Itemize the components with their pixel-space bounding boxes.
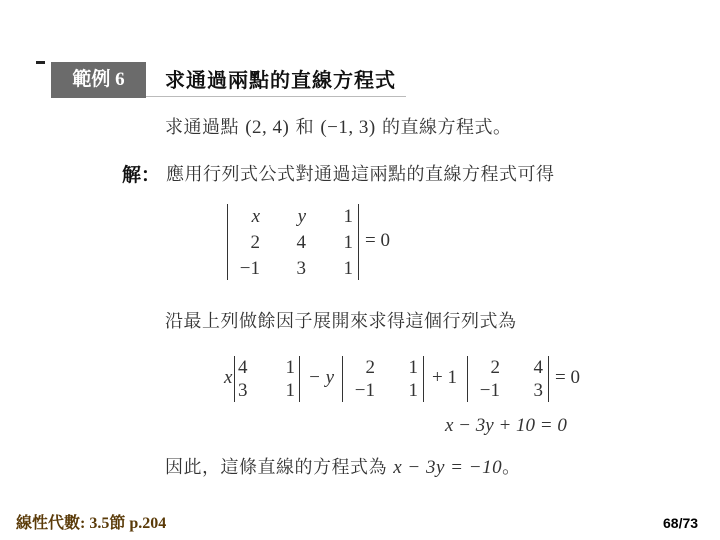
det-cell: 4 [523, 356, 543, 379]
page-number: 68/73 [663, 515, 698, 531]
point-1: (2, 4) [245, 117, 289, 138]
op-text: − y [308, 367, 334, 388]
det-cell: 3 [523, 379, 543, 402]
result-equation: x − 3y + 10 = 0 [445, 415, 567, 437]
det-cell: 1 [398, 379, 418, 402]
det-cell: 1 [323, 256, 353, 282]
det-cell: 1 [323, 230, 353, 256]
det-cell: −1 [345, 379, 375, 402]
det-cell: 4 [238, 356, 250, 379]
example-title: 求通過兩點的直線方程式 [165, 64, 396, 93]
det-cell: y [276, 204, 306, 230]
problem-conj: 和 [289, 117, 320, 138]
det-cell: 1 [275, 379, 295, 402]
coef-x: x [224, 367, 232, 389]
title-underline [146, 96, 406, 97]
det-cell: 2 [230, 230, 260, 256]
conclusion-text: 因此，這條直線的方程式為 [165, 457, 393, 478]
minus-y: − y [308, 367, 334, 389]
minor-1: 4 1 3 1 [234, 356, 300, 402]
det-cell: x [230, 204, 260, 230]
expansion-equals: = 0 [555, 367, 580, 389]
det-cell: 1 [398, 356, 418, 379]
det-cell: 4 [276, 230, 306, 256]
source-reference: 線性代數: 3.5節 p.204 [16, 510, 166, 533]
determinant-3x3: x y 1 2 4 1 −1 3 1 [227, 204, 359, 280]
plus-one: + 1 [432, 367, 457, 389]
det-cell: 1 [323, 204, 353, 230]
det3-equals: = 0 [365, 230, 390, 252]
problem-statement: 求通過點 (2, 4) 和 (−1, 3) 的直線方程式。 [165, 113, 511, 139]
det-cell: 2 [470, 356, 500, 379]
bullet-dash [36, 61, 45, 64]
det-cell: −1 [230, 256, 260, 282]
minor-2: 2 1 −1 1 [342, 356, 424, 402]
minor-3: 2 4 −1 3 [467, 356, 549, 402]
solution-intro: 應用行列式公式對通過這兩點的直線方程式可得 [166, 160, 555, 186]
det-cell: 2 [345, 356, 375, 379]
problem-text: 求通過點 [165, 117, 245, 138]
solution-label: 解： [122, 160, 160, 187]
point-2: (−1, 3) [320, 117, 375, 138]
det-cell: 3 [276, 256, 306, 282]
conclusion: 因此，這條直線的方程式為 x − 3y = −10。 [165, 453, 521, 479]
det-cell: 1 [275, 356, 295, 379]
conclusion-suffix: 。 [502, 457, 521, 478]
conclusion-equation: x − 3y = −10 [393, 457, 502, 478]
det-cell: −1 [470, 379, 500, 402]
det-cell: 3 [238, 379, 250, 402]
expansion-text: 沿最上列做餘因子展開來求得這個行列式為 [165, 307, 517, 333]
example-label: 範例 6 [51, 62, 146, 98]
problem-suffix: 的直線方程式。 [376, 117, 512, 138]
